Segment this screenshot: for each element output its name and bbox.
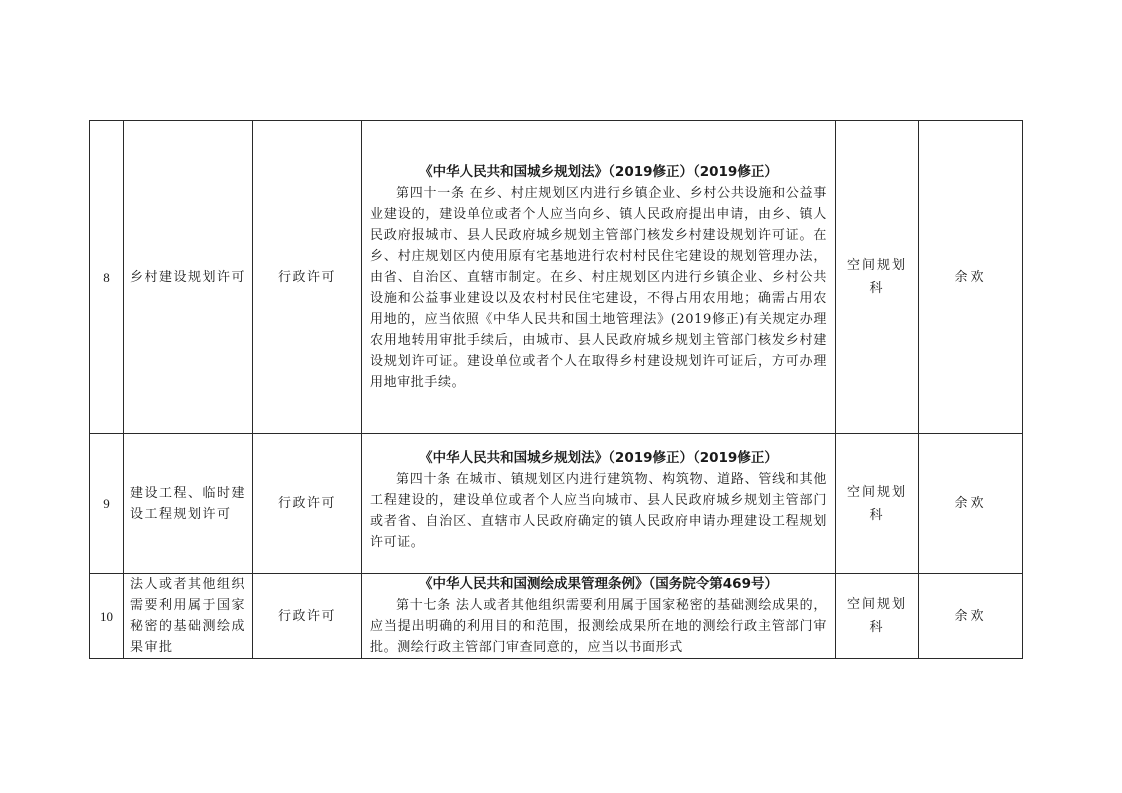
department-cell: 空间规划科 bbox=[836, 121, 919, 434]
item-type: 行政许可 bbox=[278, 496, 336, 511]
item-name-cell: 建设工程、临时建设工程规划许可 bbox=[124, 434, 253, 574]
table-row: 10 法人或者其他组织需要利用属于国家秘密的基础测绘成果审批 行政许可 《中华人… bbox=[90, 574, 1023, 659]
item-type-cell: 行政许可 bbox=[253, 434, 362, 574]
department-cell: 空间规划科 bbox=[836, 434, 919, 574]
table-row: 8 乡村建设规划许可 行政许可 《中华人民共和国城乡规划法》（2019修正）（2… bbox=[90, 121, 1023, 434]
item-name: 法人或者其他组织需要利用属于国家秘密的基础测绘成果审批 bbox=[130, 574, 246, 658]
legal-basis-cell: 《中华人民共和国测绘成果管理条例》（国务院令第469号） 第十七条 法人或者其他… bbox=[362, 574, 836, 659]
row-number: 8 bbox=[90, 121, 124, 434]
legal-basis-cell: 《中华人民共和国城乡规划法》（2019修正）（2019修正） 第四十条 在城市、… bbox=[362, 434, 836, 574]
row-number: 9 bbox=[90, 434, 124, 574]
item-type-cell: 行政许可 bbox=[253, 121, 362, 434]
responsible-person: 余欢 bbox=[954, 270, 986, 285]
responsible-person-cell: 余欢 bbox=[919, 574, 1023, 659]
document-page: 8 乡村建设规划许可 行政许可 《中华人民共和国城乡规划法》（2019修正）（2… bbox=[0, 0, 1122, 793]
permit-table: 8 乡村建设规划许可 行政许可 《中华人民共和国城乡规划法》（2019修正）（2… bbox=[89, 120, 1023, 659]
responsible-person: 余欢 bbox=[954, 609, 986, 624]
law-title: 《中华人民共和国城乡规划法》（2019修正）（2019修正） bbox=[370, 162, 827, 183]
department-cell: 空间规划科 bbox=[836, 574, 919, 659]
item-name: 建设工程、临时建设工程规划许可 bbox=[130, 483, 246, 525]
law-title: 《中华人民共和国测绘成果管理条例》（国务院令第469号） bbox=[370, 574, 827, 595]
row-number: 10 bbox=[90, 574, 124, 659]
item-name: 乡村建设规划许可 bbox=[130, 267, 246, 288]
law-article: 第四十一条 在乡、村庄规划区内进行乡镇企业、乡村公共设施和公益事业建设的，建设单… bbox=[370, 183, 827, 393]
law-article: 第十七条 法人或者其他组织需要利用属于国家秘密的基础测绘成果的，应当提出明确的利… bbox=[370, 595, 827, 658]
department: 空间规划科 bbox=[845, 481, 909, 527]
law-article: 第四十条 在城市、镇规划区内进行建筑物、构筑物、道路、管线和其他工程建设的，建设… bbox=[370, 469, 827, 553]
table-row: 9 建设工程、临时建设工程规划许可 行政许可 《中华人民共和国城乡规划法》（20… bbox=[90, 434, 1023, 574]
item-name-cell: 法人或者其他组织需要利用属于国家秘密的基础测绘成果审批 bbox=[124, 574, 253, 659]
law-title: 《中华人民共和国城乡规划法》（2019修正）（2019修正） bbox=[370, 448, 827, 469]
department: 空间规划科 bbox=[845, 254, 909, 300]
responsible-person-cell: 余欢 bbox=[919, 434, 1023, 574]
responsible-person-cell: 余欢 bbox=[919, 121, 1023, 434]
item-type-cell: 行政许可 bbox=[253, 574, 362, 659]
department: 空间规划科 bbox=[845, 593, 909, 639]
item-type: 行政许可 bbox=[278, 270, 336, 285]
item-name-cell: 乡村建设规划许可 bbox=[124, 121, 253, 434]
item-type: 行政许可 bbox=[278, 609, 336, 624]
legal-basis-cell: 《中华人民共和国城乡规划法》（2019修正）（2019修正） 第四十一条 在乡、… bbox=[362, 121, 836, 434]
responsible-person: 余欢 bbox=[954, 496, 986, 511]
